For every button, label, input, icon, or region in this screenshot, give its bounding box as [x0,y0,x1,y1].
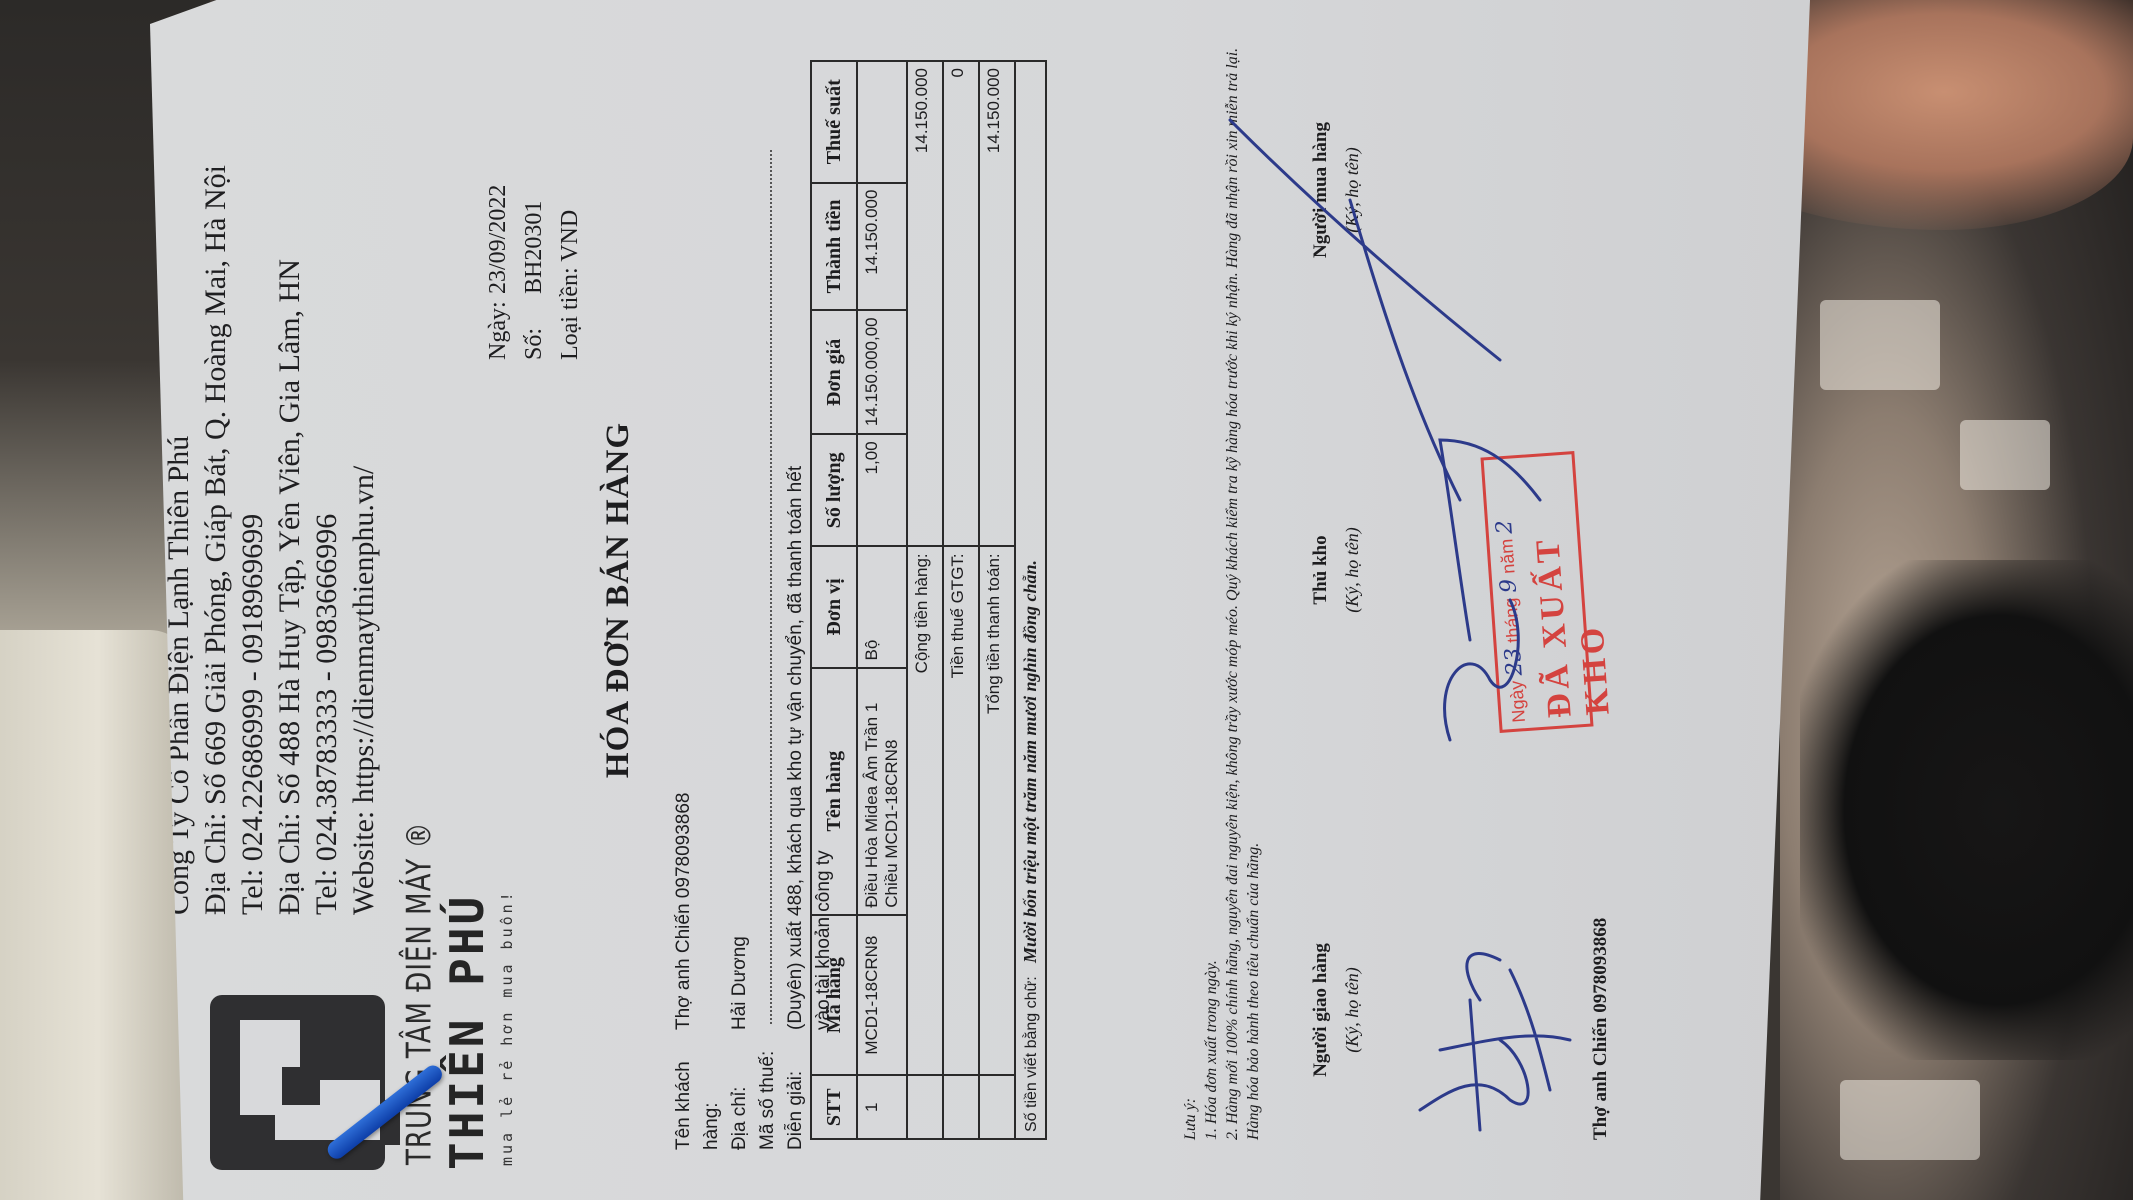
company-phone-1: Tel: 024.22686999 - 0918969699 [234,15,271,915]
cell-price: 14.150.000,00 [857,310,907,434]
header-name: Tên hàng [811,668,857,915]
invoice-date: 23/09/2022 [485,185,511,294]
cell-stt: 1 [857,1075,907,1139]
amount-in-words: Mười bốn triệu một trăm năm mươi nghìn đ… [1020,560,1040,963]
brand-header: TRUNG TÂM ĐIỆN MÁY ® [401,822,440,1166]
subtotal-value: 14.150.000 [907,61,943,546]
subtotal-label: Cộng tiền hàng: [907,546,943,1075]
subtotal-row: Cộng tiền hàng: 14.150.000 [907,61,943,1139]
cell-unit: Bộ [857,546,907,667]
customer-address: Hải Dương [726,936,754,1030]
invoice-paper: TRUNG TÂM ĐIỆN MÁY ® THIÊN PHÚ mua lẻ rẻ… [150,0,1810,1200]
vat-label: Tiền thuế GTGT: [943,546,979,1075]
table-row: 1 MCD1-18CRN8 Điều Hòa Midea Âm Trần 1 C… [857,61,907,1139]
vat-row: Tiền thuế GTGT: 0 [943,61,979,1139]
background-device [0,630,190,1200]
cell-amount: 14.150.000 [857,183,907,311]
tax-code-field [754,150,772,1024]
number-label: Số: [516,300,552,360]
cell-qty: 1,00 [857,434,907,546]
note-item: 1. Hóa đơn xuất trong ngày. [1201,40,1222,1140]
header-unit: Đơn vị [811,546,857,667]
cell-code: MCD1-18CRN8 [857,915,907,1076]
vat-value: 0 [943,61,979,546]
customer-address-label: Địa chỉ: [726,1030,754,1150]
customer-name-label: Tên khách hàng: [670,1030,726,1150]
stamp-exported: Ngày 23 tháng 9 năm 2 ĐÃ XUẤT KHO [1480,451,1593,733]
signature-buyer: Người mua hàng (Ký, họ tên) [1310,60,1363,320]
header-qty: Số lượng [811,434,857,546]
total-row: Tổng tiền thanh toán: 14.150.000 [979,61,1015,1139]
stamp-year: 2 [1492,519,1518,535]
header-stt: STT [811,1075,857,1139]
company-info: Công Ty Cổ Phần Điện Lạnh Thiên Phú Địa … [160,15,382,915]
signature-warehouse-keeper: Thủ kho (Ký, họ tên) [1310,440,1363,700]
customer-name: Thợ anh Chiến 0978093868 [670,793,726,1030]
total-label: Tổng tiền thanh toán: [979,546,1015,1075]
stamp-month: 9 [1496,578,1522,594]
amount-in-words-row: Số tiền viết bằng chữ: Mười bốn triệu mộ… [1015,61,1046,1139]
items-table: STT Mã hàng Tên hàng Đơn vị Số lượng Đơn… [810,60,1047,1140]
currency-label: Loại tiền: [552,267,588,360]
header-tax-rate: Thuế suất [811,61,857,183]
logo-mark-icon [200,950,400,1170]
invoice-sheet: TRUNG TÂM ĐIỆN MÁY ® THIÊN PHÚ mua lẻ rẻ… [150,0,1810,1200]
background-shoe [1800,560,2133,1060]
company-website: Website: https://dienmaythienphu.vn/ [345,15,382,915]
invoice-title: HÓA ĐƠN BÁN HÀNG [600,0,637,1200]
cell-name: Điều Hòa Midea Âm Trần 1 Chiều MCD1-18CR… [857,668,907,915]
company-address-2: Địa Chỉ: Số 488 Hà Huy Tập, Yên Viên, Gi… [271,15,308,915]
invoice-number: BH20301 [521,201,547,294]
brand-name: THIÊN PHÚ [440,894,494,1170]
header-price: Đơn giá [811,310,857,434]
cell-tax-rate [857,61,907,183]
deliverer-name: Thợ anh Chiến 0978093868 [1590,918,1612,1140]
date-label: Ngày: [480,300,516,360]
amount-in-words-label: Số tiền viết bằng chữ: [1023,976,1040,1132]
invoice-currency: VND [557,210,583,262]
note-item: 2. Hàng mới 100% chính hãng, nguyên đai … [1222,40,1264,1140]
tax-code-label: Mã số thuế: [754,1030,782,1150]
header-code: Mã hàng [811,915,857,1076]
total-value: 14.150.000 [979,61,1015,546]
company-phone-2: Tel: 024.38783333 - 0983666996 [308,15,345,915]
table-header-row: STT Mã hàng Tên hàng Đơn vị Số lượng Đơn… [811,61,857,1139]
stamp-day: 23 [1501,647,1528,677]
company-address-1: Địa Chỉ: Số 669 Giải Phóng, Giáp Bát, Q.… [197,15,234,915]
notes: Lưu ý: 1. Hóa đơn xuất trong ngày. 2. Hà… [1180,40,1264,1140]
notes-title: Lưu ý: [1180,40,1201,1140]
invoice-meta: Ngày: 23/09/2022 Số: BH20301 Loại tiền: … [480,185,588,360]
signature-deliverer: Người giao hàng (Ký, họ tên) [1310,880,1363,1140]
brand-slogan: mua lẻ rẻ hơn mua buôn! [498,889,516,1166]
header-amount: Thành tiền [811,183,857,311]
